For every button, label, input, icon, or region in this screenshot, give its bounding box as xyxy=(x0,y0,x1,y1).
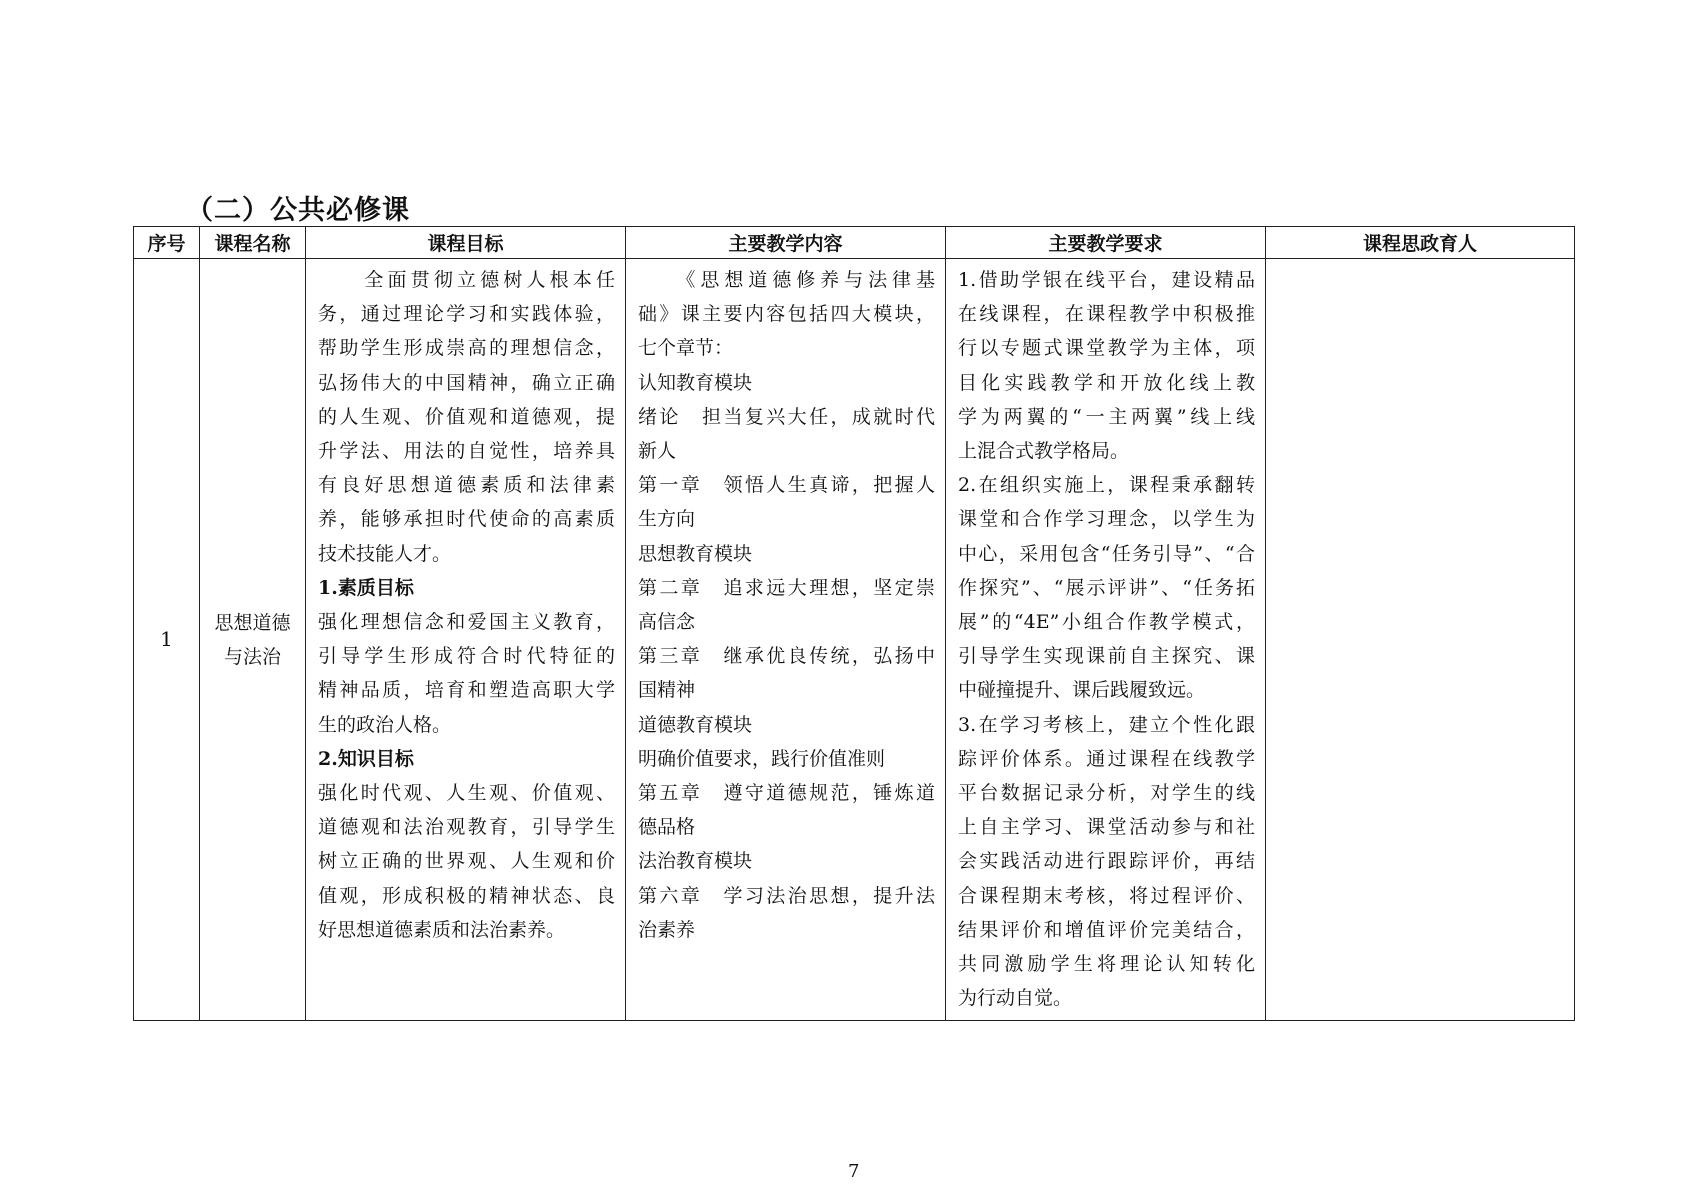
objective-line: 有良好思想道德素质和法律素 xyxy=(318,468,615,502)
section-title: （二）公共必修课 xyxy=(186,188,410,227)
requirement-line: 上混合式教学格局。 xyxy=(958,434,1255,468)
objective-line: 养，能够承担时代使命的高素质 xyxy=(318,502,615,536)
objective-line: 强化时代观、人生观、价值观、 xyxy=(318,776,615,810)
requirement-line: 目化实践教学和开放化线上教 xyxy=(958,366,1255,400)
content-line: 《思想道德修养与法律基 xyxy=(638,263,935,297)
content-line: 第二章 追求远大理想，坚定崇 xyxy=(638,571,935,605)
header-objectives: 课程目标 xyxy=(306,227,626,259)
content-line: 七个章节： xyxy=(638,331,935,365)
objective-line: 值观，形成积极的精神状态、良 xyxy=(318,879,615,913)
course-name-line: 与法治 xyxy=(200,640,305,674)
header-index: 序号 xyxy=(134,227,200,259)
content-line: 绪论 担当复兴大任，成就时代 xyxy=(638,400,935,434)
content-line: 德品格 xyxy=(638,810,935,844)
content-line: 思想教育模块 xyxy=(638,537,935,571)
objective-line: 精神品质，培育和塑造高职大学 xyxy=(318,673,615,707)
course-table: 序号 课程名称 课程目标 主要教学内容 主要教学要求 课程思政育人 1 思想道德… xyxy=(133,226,1575,1021)
content-line: 国精神 xyxy=(638,673,935,707)
content-line: 生方向 xyxy=(638,502,935,536)
objective-line: 升学法、用法的自觉性，培养具 xyxy=(318,434,615,468)
cell-course-name: 思想道德 与法治 xyxy=(200,259,306,1021)
table-header-row: 序号 课程名称 课程目标 主要教学内容 主要教学要求 课程思政育人 xyxy=(134,227,1575,259)
objective-line: 全面贯彻立德树人根本任 xyxy=(318,263,615,297)
content-line: 认知教育模块 xyxy=(638,366,935,400)
header-ideology: 课程思政育人 xyxy=(1266,227,1575,259)
requirement-line: 中心，采用包含“任务引导”、“合 xyxy=(958,537,1255,571)
objective-line: 好思想道德素质和法治素养。 xyxy=(318,913,615,947)
requirement-line: 会实践活动进行跟踪评价，再结 xyxy=(958,844,1255,878)
requirement-line: 中碰撞提升、课后践履致远。 xyxy=(958,673,1255,707)
objective-line: 1.素质目标 xyxy=(318,571,615,605)
content-line: 第一章 领悟人生真谛，把握人 xyxy=(638,468,935,502)
requirement-line: 课堂和合作学习理念，以学生为 xyxy=(958,502,1255,536)
requirement-line: 3.在学习考核上，建立个性化跟 xyxy=(958,708,1255,742)
objective-line: 弘扬伟大的中国精神，确立正确 xyxy=(318,366,615,400)
content-line: 明确价值要求，践行价值准则 xyxy=(638,742,935,776)
content-line: 第五章 遵守道德规范，锤炼道 xyxy=(638,776,935,810)
header-content: 主要教学内容 xyxy=(626,227,946,259)
objective-line: 2.知识目标 xyxy=(318,742,615,776)
requirement-line: 上自主学习、课堂活动参与和社 xyxy=(958,810,1255,844)
objective-line: 帮助学生形成崇高的理想信念， xyxy=(318,331,615,365)
requirement-line: 结果评价和增值评价完美结合， xyxy=(958,913,1255,947)
header-course-name: 课程名称 xyxy=(200,227,306,259)
page-number: 7 xyxy=(848,1161,859,1182)
course-name-line: 思想道德 xyxy=(200,606,305,640)
requirement-line: 为行动自觉。 xyxy=(958,981,1255,1015)
table-row: 1 思想道德 与法治 全面贯彻立德树人根本任务，通过理论学习和实践体验，帮助学生… xyxy=(134,259,1575,1021)
requirement-line: 踪评价体系。通过课程在线教学 xyxy=(958,742,1255,776)
cell-content: 《思想道德修养与法律基础》课主要内容包括四大模块，七个章节：认知教育模块绪论 担… xyxy=(626,259,946,1021)
requirement-line: 1.借助学银在线平台，建设精品 xyxy=(958,263,1255,297)
requirement-line: 展”的“4E”小组合作教学模式， xyxy=(958,605,1255,639)
requirement-line: 2.在组织实施上，课程秉承翻转 xyxy=(958,468,1255,502)
content-line: 治素养 xyxy=(638,913,935,947)
content-line: 道德教育模块 xyxy=(638,708,935,742)
objective-line: 的人生观、价值观和道德观，提 xyxy=(318,400,615,434)
content-line: 高信念 xyxy=(638,605,935,639)
objective-line: 技术技能人才。 xyxy=(318,537,615,571)
requirement-line: 在线课程，在课程教学中积极推 xyxy=(958,297,1255,331)
objective-line: 树立正确的世界观、人生观和价 xyxy=(318,844,615,878)
cell-requirements: 1.借助学银在线平台，建设精品在线课程，在课程教学中积极推行以专题式课堂教学为主… xyxy=(946,259,1266,1021)
requirement-line: 合课程期末考核，将过程评价、 xyxy=(958,879,1255,913)
content-line: 础》课主要内容包括四大模块， xyxy=(638,297,935,331)
requirement-line: 共同激励学生将理论认知转化 xyxy=(958,947,1255,981)
content-line: 第三章 继承优良传统，弘扬中 xyxy=(638,639,935,673)
objective-line: 生的政治人格。 xyxy=(318,708,615,742)
objective-line: 务，通过理论学习和实践体验， xyxy=(318,297,615,331)
requirement-line: 引导学生实现课前自主探究、课 xyxy=(958,639,1255,673)
requirement-line: 学为两翼的“一主两翼”线上线 xyxy=(958,400,1255,434)
requirement-line: 行以专题式课堂教学为主体，项 xyxy=(958,331,1255,365)
cell-objectives: 全面贯彻立德树人根本任务，通过理论学习和实践体验，帮助学生形成崇高的理想信念，弘… xyxy=(306,259,626,1021)
requirement-line: 平台数据记录分析，对学生的线 xyxy=(958,776,1255,810)
content-line: 第六章 学习法治思想，提升法 xyxy=(638,879,935,913)
requirement-line: 作探究”、“展示评讲”、“任务拓 xyxy=(958,571,1255,605)
cell-ideology xyxy=(1266,259,1575,1021)
objective-line: 道德观和法治观教育，引导学生 xyxy=(318,810,615,844)
objective-line: 强化理想信念和爱国主义教育， xyxy=(318,605,615,639)
objective-line: 引导学生形成符合时代特征的 xyxy=(318,639,615,673)
content-line: 法治教育模块 xyxy=(638,844,935,878)
cell-index: 1 xyxy=(134,259,200,1021)
header-requirements: 主要教学要求 xyxy=(946,227,1266,259)
content-line: 新人 xyxy=(638,434,935,468)
